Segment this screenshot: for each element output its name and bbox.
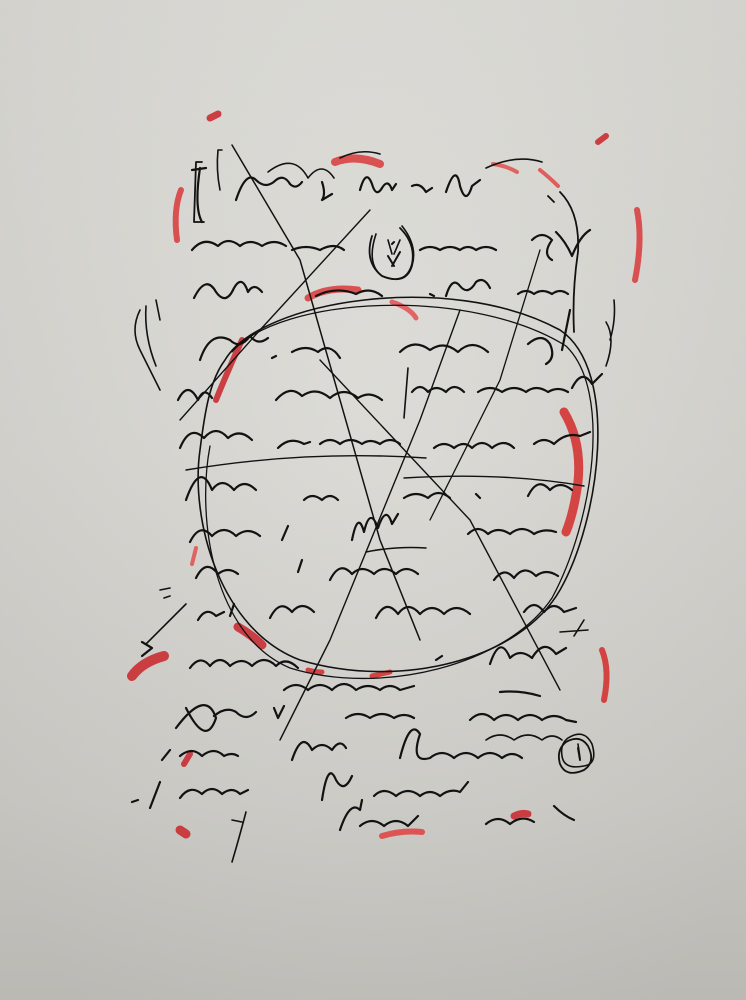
circled-marks [370,228,592,773]
handwriting-lines [132,152,615,862]
large-circle [198,297,598,678]
handwriting-artwork [0,0,746,1000]
red-smudges [132,114,640,836]
